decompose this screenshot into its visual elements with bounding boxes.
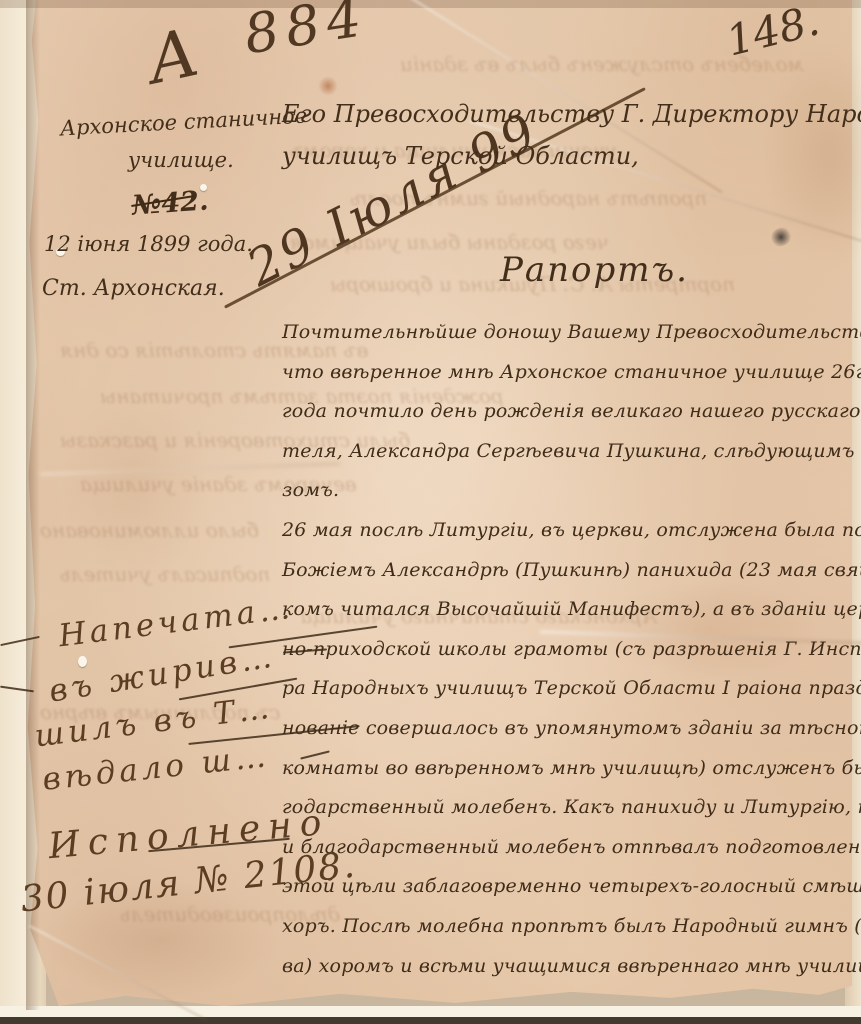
body-line: нованіе совершалось въ упомянутомъ здані… [282, 717, 861, 757]
body-line: комнаты во ввѣренномъ мнѣ училищѣ) отслу… [282, 757, 861, 797]
body-line: комъ читался Высочайшій Манифестъ), а въ… [282, 598, 861, 638]
addressee-line2: училищъ Терской Области, [282, 142, 639, 170]
report-title: Рапортъ. [500, 250, 689, 290]
body-line: этой цѣли заблаговременно четырехъ-голос… [282, 875, 861, 915]
bleedthrough-line: было иллюминовано [40, 518, 259, 542]
document-scan: молебенъ отслуженъ былъ въ зданіиучащими… [0, 0, 861, 1024]
body-line: теля, Александра Сергѣевича Пушкина, слѣ… [282, 440, 861, 480]
body-line: ра Народныхъ училищъ Терской Области I р… [282, 677, 861, 717]
body-line: хоръ. Послѣ молебна пропѣтъ былъ Народны… [282, 915, 861, 955]
sender-school-line2: училище. [128, 148, 234, 172]
body-line: 26 мая послѣ Литургіи, въ церкви, отслуж… [282, 519, 861, 559]
body-line: но-приходской школы грамоты (съ разрѣшен… [282, 638, 861, 678]
body-line: года почтило день рожденія великаго наше… [282, 400, 861, 440]
body-line: Почтительнѣйше доношу Вашему Превосходит… [282, 321, 861, 361]
body-line: годарственный молебенъ. Какъ панихиду и … [282, 796, 861, 836]
report-body: Почтительнѣйше доношу Вашему Превосходит… [282, 321, 861, 994]
body-line: и благодарственный молебенъ отпѣвалъ под… [282, 836, 861, 876]
bleedthrough-line: съ подлиннымъ вѣрно [40, 700, 280, 724]
body-line: Божіемъ Александрѣ (Пушкинѣ) панихида (2… [282, 559, 861, 599]
body-line: ва) хоромъ и всѣми учащимися ввѣреннаго … [282, 955, 861, 995]
body-line: что ввѣренное мнѣ Архонское станичное уч… [282, 361, 861, 401]
body-line: зомъ. [282, 479, 861, 519]
sender-date: 12 іюня 1899 года. [44, 232, 253, 256]
bleedthrough-line: подписалъ учитель [60, 562, 270, 586]
sender-place: Ст. Архонская. [42, 276, 225, 301]
addressee-line1: Его Превосходительству Г. Директору Наро… [282, 100, 861, 128]
